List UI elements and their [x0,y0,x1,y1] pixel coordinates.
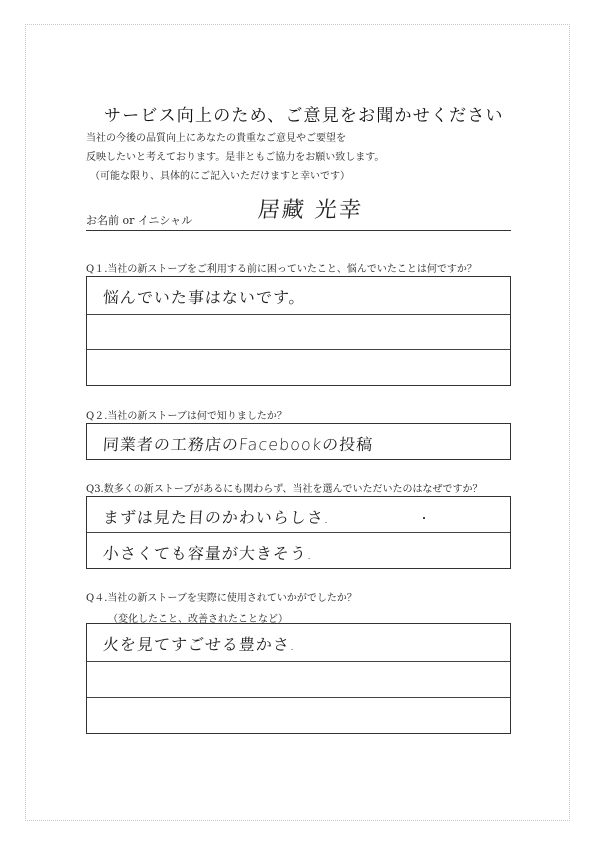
question-3: Q3.数多くの新ストーブがあるにも関わらず、当社を選んでいただいたのはなぜですか… [86,480,482,495]
intro-line: （可能な限り、具体的にご記入いただけますと幸いです） [86,167,384,186]
question-1: Q１.当社の新ストーブをご利用する前に困っていたこと、悩んでいたことは何ですか？ [86,260,477,275]
answer-box-4[interactable]: 火を見てすごせる豊かさ. [86,623,511,734]
name-field[interactable]: お名前 or イニシャル 居藏 光幸 [86,200,511,231]
question-2: Q２.当社の新ストーブは何で知りましたか？ [86,407,287,422]
answer-text: 悩んでいた事はないです。 [102,285,306,308]
answer-line[interactable] [87,349,510,385]
question-label: Q１.当社の新ストーブをご利用する前に困っていたこと、悩んでいたことは何ですか？ [86,264,477,275]
answer-text: 同業者の工務店のFacebookの投稿 [102,432,374,455]
question-label: Q２.当社の新ストーブは何で知りましたか？ [86,411,287,422]
question-4: Q４.当社の新ストーブを実際に使用されていかがでしたか？ （変化したこと、改善さ… [86,589,357,625]
question-label: Q４.当社の新ストーブを実際に使用されていかがでしたか？ [86,593,357,604]
answer-line[interactable] [87,314,510,349]
intro-text: 当社の今後の品質向上にあなたの貴重なご意見やご要望を 反映したいと考えております… [86,129,384,186]
intro-line: 当社の今後の品質向上にあなたの貴重なご意見やご要望を [86,129,384,148]
answer-box-3[interactable]: まずは見た目のかわいらしさ. 小さくても容量が大きそう. [86,496,511,569]
question-label: Q3.数多くの新ストーブがあるにも関わらず、当社を選んでいただいたのはなぜですか… [86,484,482,495]
answer-text: まずは見た目のかわいらしさ. [102,505,331,528]
name-value[interactable]: 居藏 光幸 [256,193,364,224]
stray-mark [423,517,425,519]
intro-line: 反映したいと考えております。是非ともご協力をお願い致します。 [86,148,384,167]
answer-line[interactable]: まずは見た目のかわいらしさ. [87,497,510,532]
answer-line[interactable]: 火を見てすごせる豊かさ. [87,624,510,661]
answer-line[interactable] [87,697,510,733]
answer-text: 小さくても容量が大きそう. [102,541,314,564]
answer-text: 火を見てすごせる豊かさ. [102,632,297,655]
name-label: お名前 or イニシャル [86,212,192,228]
answer-line[interactable] [87,661,510,697]
answer-line[interactable]: 悩んでいた事はないです。 [87,277,510,314]
form-title: サービス向上のため、ご意見をお聞かせください [104,101,524,126]
answer-box-2[interactable]: 同業者の工務店のFacebookの投稿 [86,423,511,460]
answer-box-1[interactable]: 悩んでいた事はないです。 [86,276,511,386]
answer-line[interactable]: 小さくても容量が大きそう. [87,532,510,568]
answer-line[interactable]: 同業者の工務店のFacebookの投稿 [87,424,510,459]
